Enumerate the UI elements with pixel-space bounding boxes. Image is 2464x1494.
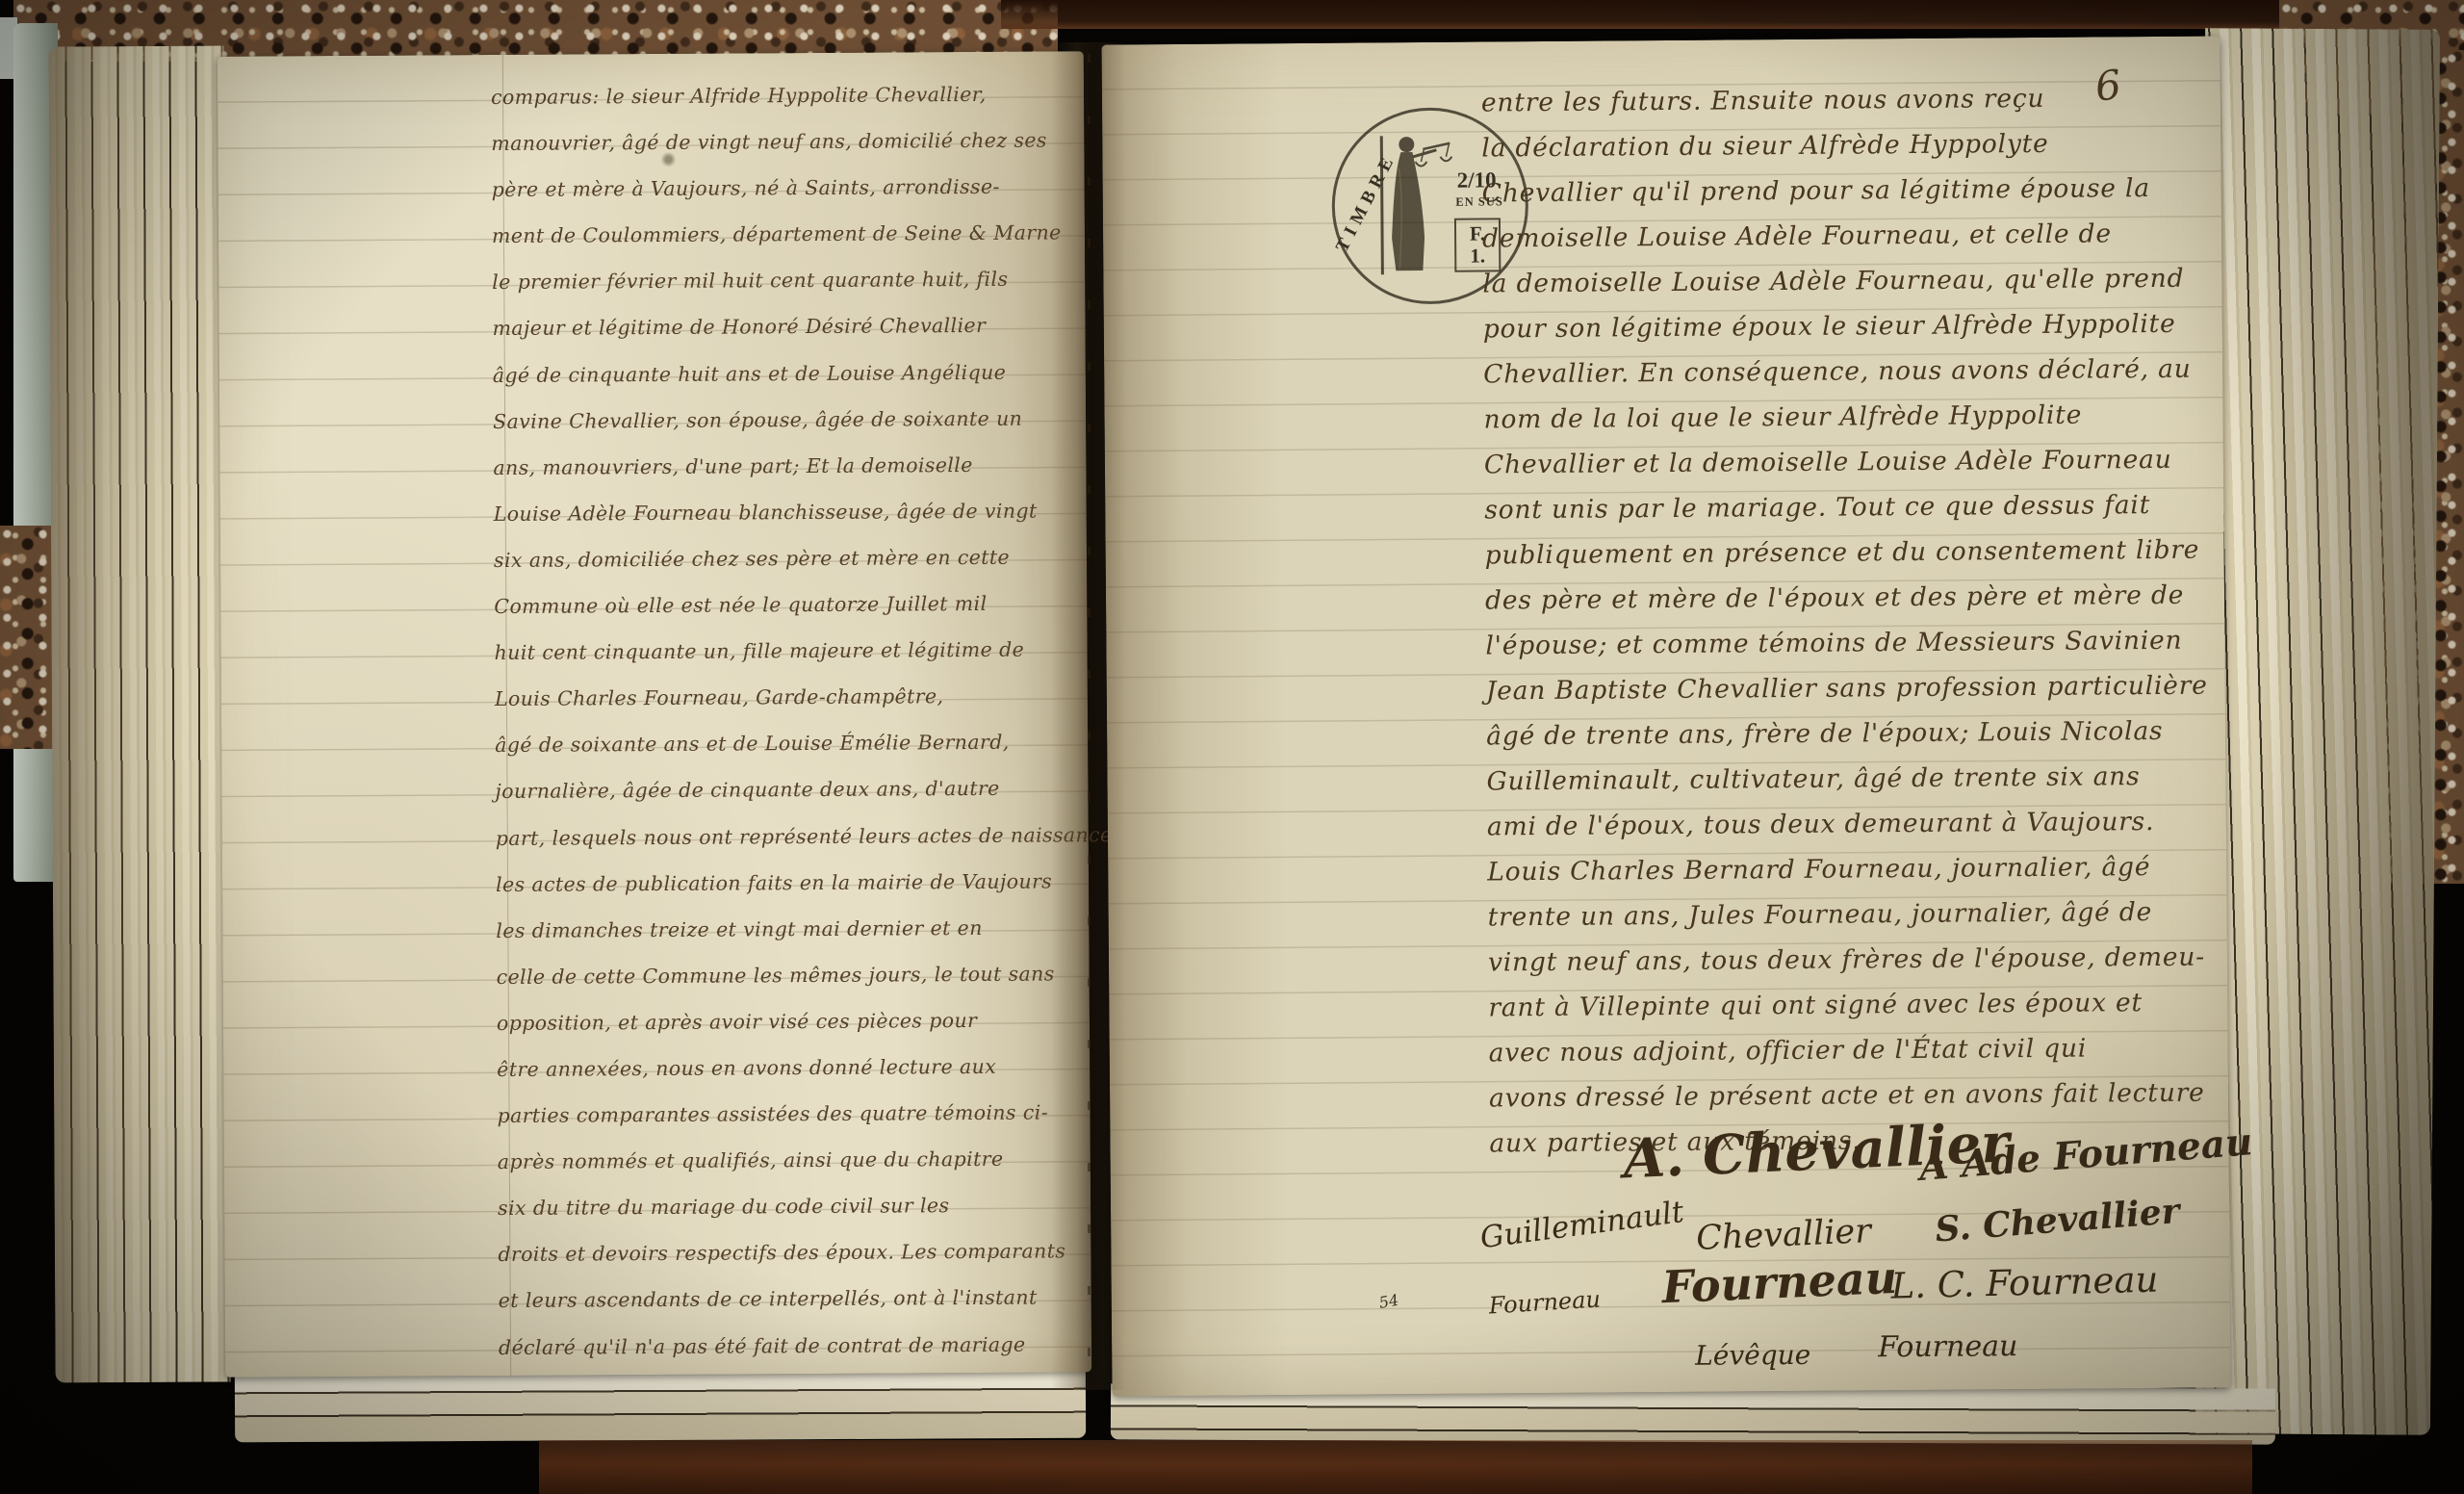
manuscript-line: père et mère à Vaujours, né à Saints, ar… bbox=[492, 163, 1081, 213]
signature-block: A. ChevallierA Ade FourneauGuilleminault… bbox=[1102, 36, 2231, 1396]
manuscript-line: celle de cette Commune les mêmes jours, … bbox=[497, 950, 1086, 1000]
manuscript-line: déclaré qu'il n'a pas été fait de contra… bbox=[499, 1321, 1088, 1371]
manuscript-line: opposition, et après avoir visé ces pièc… bbox=[497, 996, 1086, 1046]
folio-note: 54 bbox=[1377, 1291, 1399, 1312]
manuscript-line: après nommés et qualifiés, ainsi que du … bbox=[498, 1135, 1087, 1185]
manuscript-line: six du titre du mariage du code civil su… bbox=[498, 1182, 1087, 1232]
page-stack-right bbox=[2195, 28, 2440, 1435]
signature: L. C. Fourneau bbox=[1890, 1259, 2159, 1307]
manuscript-line: Commune où elle est née le quatorze Juil… bbox=[494, 580, 1083, 630]
manuscript-line: être annexées, nous en avons donné lectu… bbox=[497, 1043, 1086, 1093]
table-edge-bottom bbox=[539, 1440, 2252, 1494]
manuscript-line: part, lesquels nous ont représenté leurs… bbox=[496, 811, 1085, 862]
signature: Lévêque bbox=[1695, 1339, 1810, 1372]
manuscript-line: âgé de soixante ans et de Louise Émélie … bbox=[495, 719, 1084, 769]
manuscript-line: Savine Chevallier, son épouse, âgée de s… bbox=[493, 395, 1082, 445]
manuscript-line: les actes de publication faits en la mai… bbox=[496, 858, 1085, 908]
signature: Fourneau bbox=[1488, 1286, 1602, 1320]
signature: Guilleminault bbox=[1478, 1195, 1686, 1255]
manuscript-line: le premier février mil huit cent quarant… bbox=[492, 256, 1081, 306]
signature: Fourneau bbox=[1878, 1329, 2017, 1364]
manuscript-line: âgé de cinquante huit ans et de Louise A… bbox=[493, 348, 1082, 399]
manuscript-line: et leurs ascendants de ce interpellés, o… bbox=[499, 1275, 1088, 1325]
manuscript-line: six ans, domiciliée chez ses père et mèr… bbox=[494, 533, 1083, 583]
manuscript-line: ans, manouvriers, d'une part; Et la demo… bbox=[493, 441, 1082, 491]
signature: Fourneau bbox=[1661, 1251, 1899, 1313]
manuscript-line: parties comparantes assistées des quatre… bbox=[497, 1089, 1086, 1139]
manuscript-line: journalière, âgée de cinquante deux ans,… bbox=[495, 765, 1084, 815]
manuscript-line: ment de Coulommiers, département de Sein… bbox=[492, 210, 1081, 260]
page-stack-left bbox=[48, 46, 230, 1383]
manuscript-line: comparus: le sieur Alfride Hyppolite Che… bbox=[491, 70, 1080, 120]
manuscript-line: manouvrier, âgé de vingt neuf ans, domic… bbox=[491, 116, 1080, 167]
manuscript-line: les dimanches treize et vingt mai dernie… bbox=[496, 904, 1085, 954]
left-page-manuscript: comparus: le sieur Alfride Hyppolite Che… bbox=[491, 70, 1088, 1370]
manuscript-line: huit cent cinquante un, fille majeure et… bbox=[494, 626, 1083, 676]
left-page: comparus: le sieur Alfride Hyppolite Che… bbox=[218, 51, 1091, 1377]
signature: S. Chevallier bbox=[1934, 1191, 2181, 1250]
book-gutter bbox=[1051, 42, 1126, 1390]
manuscript-line: Louis Charles Fourneau, Garde-champêtre, bbox=[495, 672, 1084, 722]
manuscript-line: droits et devoirs respectifs des époux. … bbox=[498, 1228, 1087, 1278]
right-page: 6 TIMBRE 2/10 EN SUS F. 1. entre les fut… bbox=[1102, 36, 2231, 1396]
page-edges-bottom-left bbox=[235, 1369, 1086, 1443]
signature: Chevallier bbox=[1695, 1212, 1871, 1258]
manuscript-line: Louise Adèle Fourneau blanchisseuse, âgé… bbox=[494, 487, 1083, 537]
register-photo-scene: comparus: le sieur Alfride Hyppolite Che… bbox=[0, 0, 2464, 1494]
table-edge-top bbox=[1001, 0, 2387, 29]
manuscript-line: majeur et légitime de Honoré Désiré Chev… bbox=[492, 302, 1081, 352]
